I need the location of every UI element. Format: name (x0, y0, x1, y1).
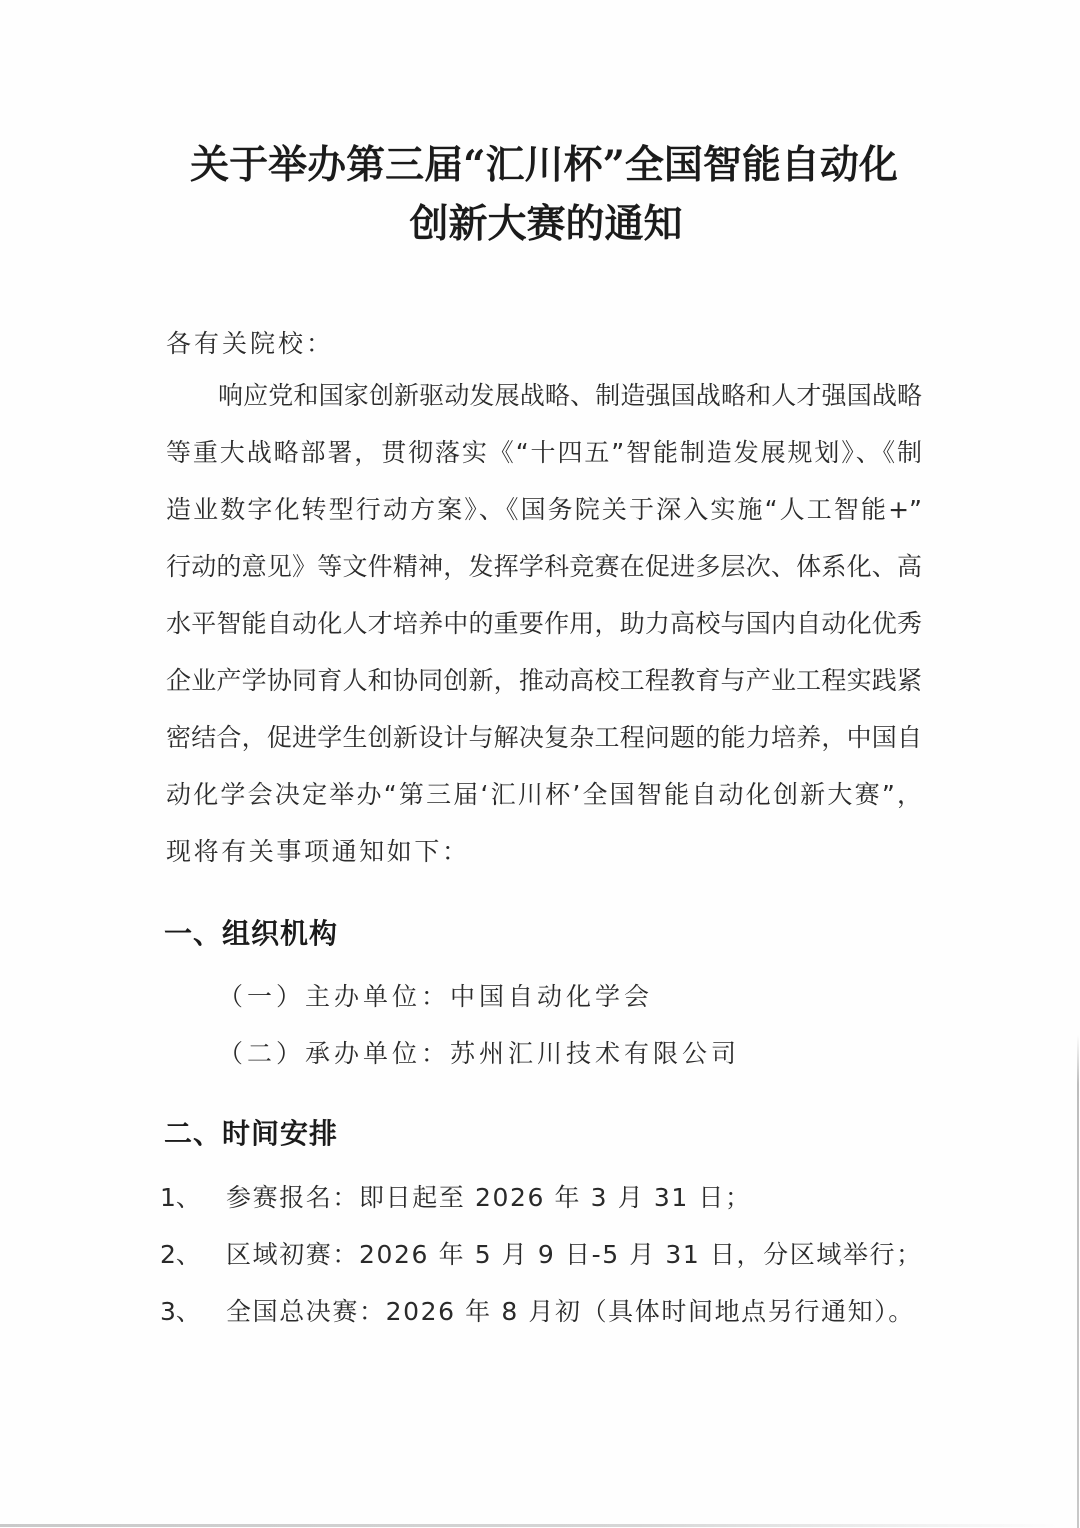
schedule-item: 2、区域初赛：2026 年 5 月 9 日-5 月 31 日，分区域举行； (160, 1235, 923, 1271)
schedule-item: 1、参赛报名：即日起至 2026 年 3 月 31 日； (160, 1178, 752, 1214)
item-number: 1、 (160, 1178, 226, 1214)
paragraph-line: 水平智能自动化人才培养中的重要作用，助力高校与国内自动化优秀 (166, 609, 922, 639)
organizer-item: （一）主办单位：中国自动化学会 (218, 977, 653, 1013)
item-number: 3、 (160, 1292, 226, 1328)
section-heading: 二、时间安排 (164, 1112, 338, 1152)
salutation: 各有关院校： (166, 324, 922, 360)
paragraph-line: 动化学会决定举办“第三届‘汇川杯’全国智能自动化创新大赛”， (166, 780, 922, 810)
item-label: （二）承办单位： (218, 1039, 450, 1068)
item-text: 参赛报名：即日起至 2026 年 3 月 31 日； (226, 1183, 752, 1212)
item-label: （一）主办单位： (218, 982, 450, 1011)
page-edge-shadow (0, 1524, 1060, 1527)
section-heading: 一、组织机构 (164, 912, 338, 952)
item-value: 苏州汇川技术有限公司 (450, 1039, 740, 1068)
paragraph-line: 造业数字化转型行动方案》、《国务院关于深入实施“人工智能+” (166, 495, 922, 525)
paragraph-line: 密结合，促进学生创新设计与解决复杂工程问题的能力培养，中国自 (166, 723, 922, 753)
item-value: 中国自动化学会 (450, 982, 653, 1011)
item-text: 区域初赛：2026 年 5 月 9 日-5 月 31 日，分区域举行； (226, 1240, 923, 1269)
item-text: 全国总决赛：2026 年 8 月初（具体时间地点另行通知）。 (226, 1297, 915, 1326)
organizer-item: （二）承办单位：苏州汇川技术有限公司 (218, 1034, 740, 1070)
document-title-line-1: 关于举办第三届“汇川杯”全国智能自动化 (4, 134, 1080, 190)
paragraph-line: 等重大战略部署，贯彻落实《“十四五”智能制造发展规划》、《制 (166, 438, 922, 468)
schedule-item: 3、全国总决赛：2026 年 8 月初（具体时间地点另行通知）。 (160, 1292, 915, 1328)
paragraph-line: 响应党和国家创新驱动发展战略、制造强国战略和人才强国战略 (218, 381, 922, 411)
paragraph-line: 行动的意见》等文件精神，发挥学科竞赛在促进多层次、体系化、高 (166, 552, 922, 582)
paragraph-line: 企业产学协同育人和协同创新，推动高校工程教育与产业工程实践紧 (166, 666, 922, 696)
document-page: 关于举办第三届“汇川杯”全国智能自动化 创新大赛的通知 各有关院校： 响应党和国… (0, 0, 1080, 1528)
paragraph-line: 现将有关事项通知如下： (166, 837, 922, 867)
page-edge-shadow (1077, 1035, 1079, 1528)
item-number: 2、 (160, 1235, 226, 1271)
document-title-line-2: 创新大赛的通知 (6, 193, 1080, 249)
